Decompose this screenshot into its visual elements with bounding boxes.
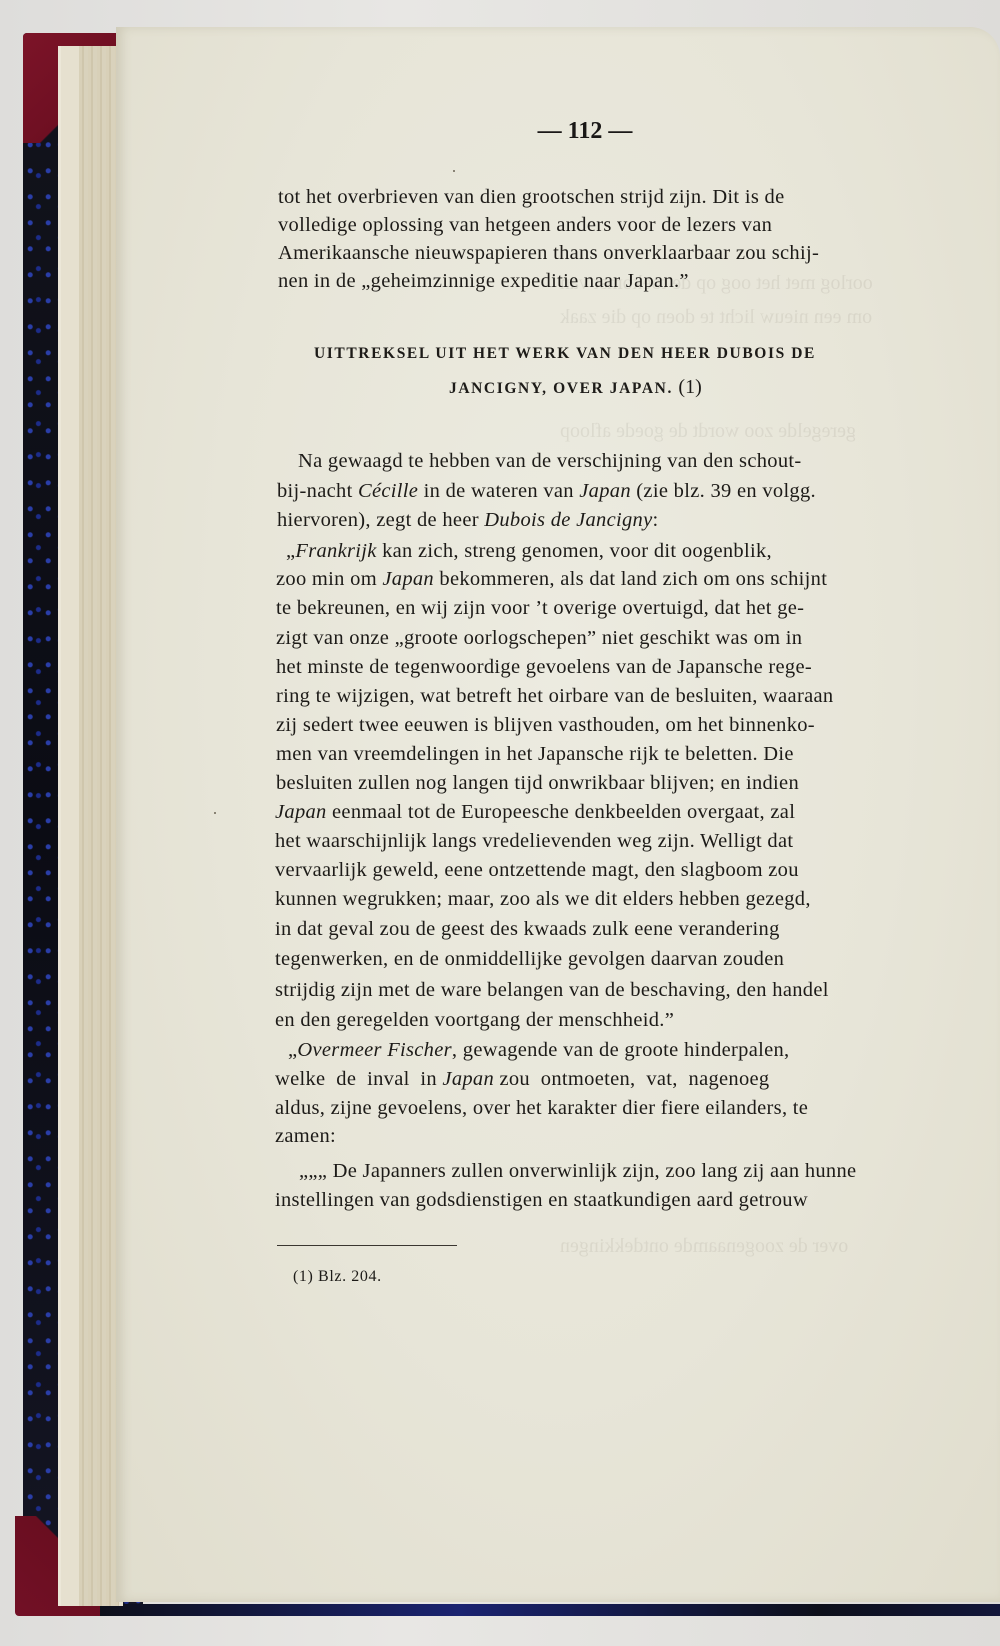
text-line: „Overmeer Fischer, gewagende van de groo… — [288, 1039, 789, 1062]
italic-term: Overmeer Fischer — [297, 1039, 452, 1061]
text-line: Na gewaagd te hebben van de verschijning… — [298, 450, 802, 473]
footnote-divider — [277, 1245, 457, 1246]
footnote-reference: (1) — [678, 376, 701, 398]
italic-term: Frankrijk — [295, 540, 376, 562]
paper-speck — [214, 812, 216, 814]
italic-term: Japan — [275, 801, 327, 823]
cover-bottom-edge — [100, 1604, 1000, 1616]
text-line: strijdig zijn met de ware belangen van d… — [275, 979, 829, 1002]
text-line: ring te wijzigen, wat betreft het oirbar… — [276, 685, 833, 708]
text-line: aldus, zijne gevoelens, over het karakte… — [275, 1097, 808, 1120]
text-line: te bekreunen, en wij zijn voor ’t overig… — [276, 597, 804, 620]
italic-term: Cécille — [358, 480, 418, 502]
page-edges — [58, 46, 123, 1606]
text-line: het minste de tegenwoordige gevoelens va… — [276, 656, 812, 679]
text-line: het waarschijnlijk langs vredelievenden … — [275, 830, 793, 853]
text-line: vervaarlijk geweld, eene ontzettende mag… — [275, 859, 799, 882]
text-line: men van vreemdelingen in het Japansche r… — [276, 743, 794, 766]
italic-term: Japan — [382, 568, 434, 590]
show-through-text: om een nieuw licht te doen op die zaak — [560, 306, 872, 329]
text-line: instellingen van godsdienstigen en staat… — [275, 1189, 808, 1212]
section-heading-line-1: UITTREKSEL UIT HET WERK VAN DEN HEER DUB… — [314, 345, 816, 363]
text-line: zoo min om Japan bekommeren, als dat lan… — [276, 568, 827, 591]
text-line: volledige oplossing van hetgeen anders v… — [278, 214, 900, 237]
page-number: — 112 — — [520, 118, 650, 145]
text-line: tot het overbrieven van dien grootschen … — [278, 186, 900, 209]
footnote: (1) Blz. 204. — [293, 1268, 382, 1286]
italic-term: Japan — [579, 480, 631, 502]
text-line: zij sedert twee eeuwen is blijven vastho… — [276, 714, 815, 737]
show-through-text: geregelde zoo wordt de goede afloop — [560, 420, 856, 443]
text-line: in dat geval zou de geest des kwaads zul… — [275, 918, 780, 941]
text-line: „„„ De Japanners zullen onverwinlijk zij… — [299, 1160, 856, 1183]
show-through-text: over de zoogenaamde ontdekkingen — [560, 1235, 848, 1258]
text-line: „Frankrijk kan zich, streng genomen, voo… — [286, 540, 772, 563]
paper-speck — [453, 170, 455, 172]
section-heading-line-2: JANCIGNY, OVER JAPAN. (1) — [449, 376, 702, 399]
text-line: Amerikaansche nieuwspapieren thans onver… — [278, 242, 900, 265]
page-edge-ridges — [79, 46, 119, 1606]
text-line: tegenwerken, en de onmiddellijke gevolge… — [275, 948, 784, 971]
text-line: nen in de „geheimzinnige expeditie naar … — [278, 270, 689, 293]
text-line: zamen: — [275, 1125, 336, 1148]
text-line: zigt van onze „groote oorlogschepen” nie… — [276, 627, 802, 650]
text-line: bij-nacht Cécille in de wateren van Japa… — [277, 480, 816, 503]
text-line: besluiten zullen nog langen tijd onwrikb… — [276, 772, 799, 795]
text-line: welke de inval in Japan zou ontmoeten, v… — [275, 1068, 769, 1091]
text-line: kunnen wegrukken; maar, zoo als we dit e… — [275, 888, 811, 911]
text-line: Japan eenmaal tot de Europeesche denkbee… — [275, 801, 795, 824]
text-line: hiervoren), zegt de heer Dubois de Janci… — [277, 509, 658, 532]
text-line: en den geregelden voortgang der menschhe… — [275, 1009, 674, 1032]
italic-term: Dubois de Jancigny — [484, 509, 652, 531]
italic-term: Japan — [442, 1068, 494, 1090]
